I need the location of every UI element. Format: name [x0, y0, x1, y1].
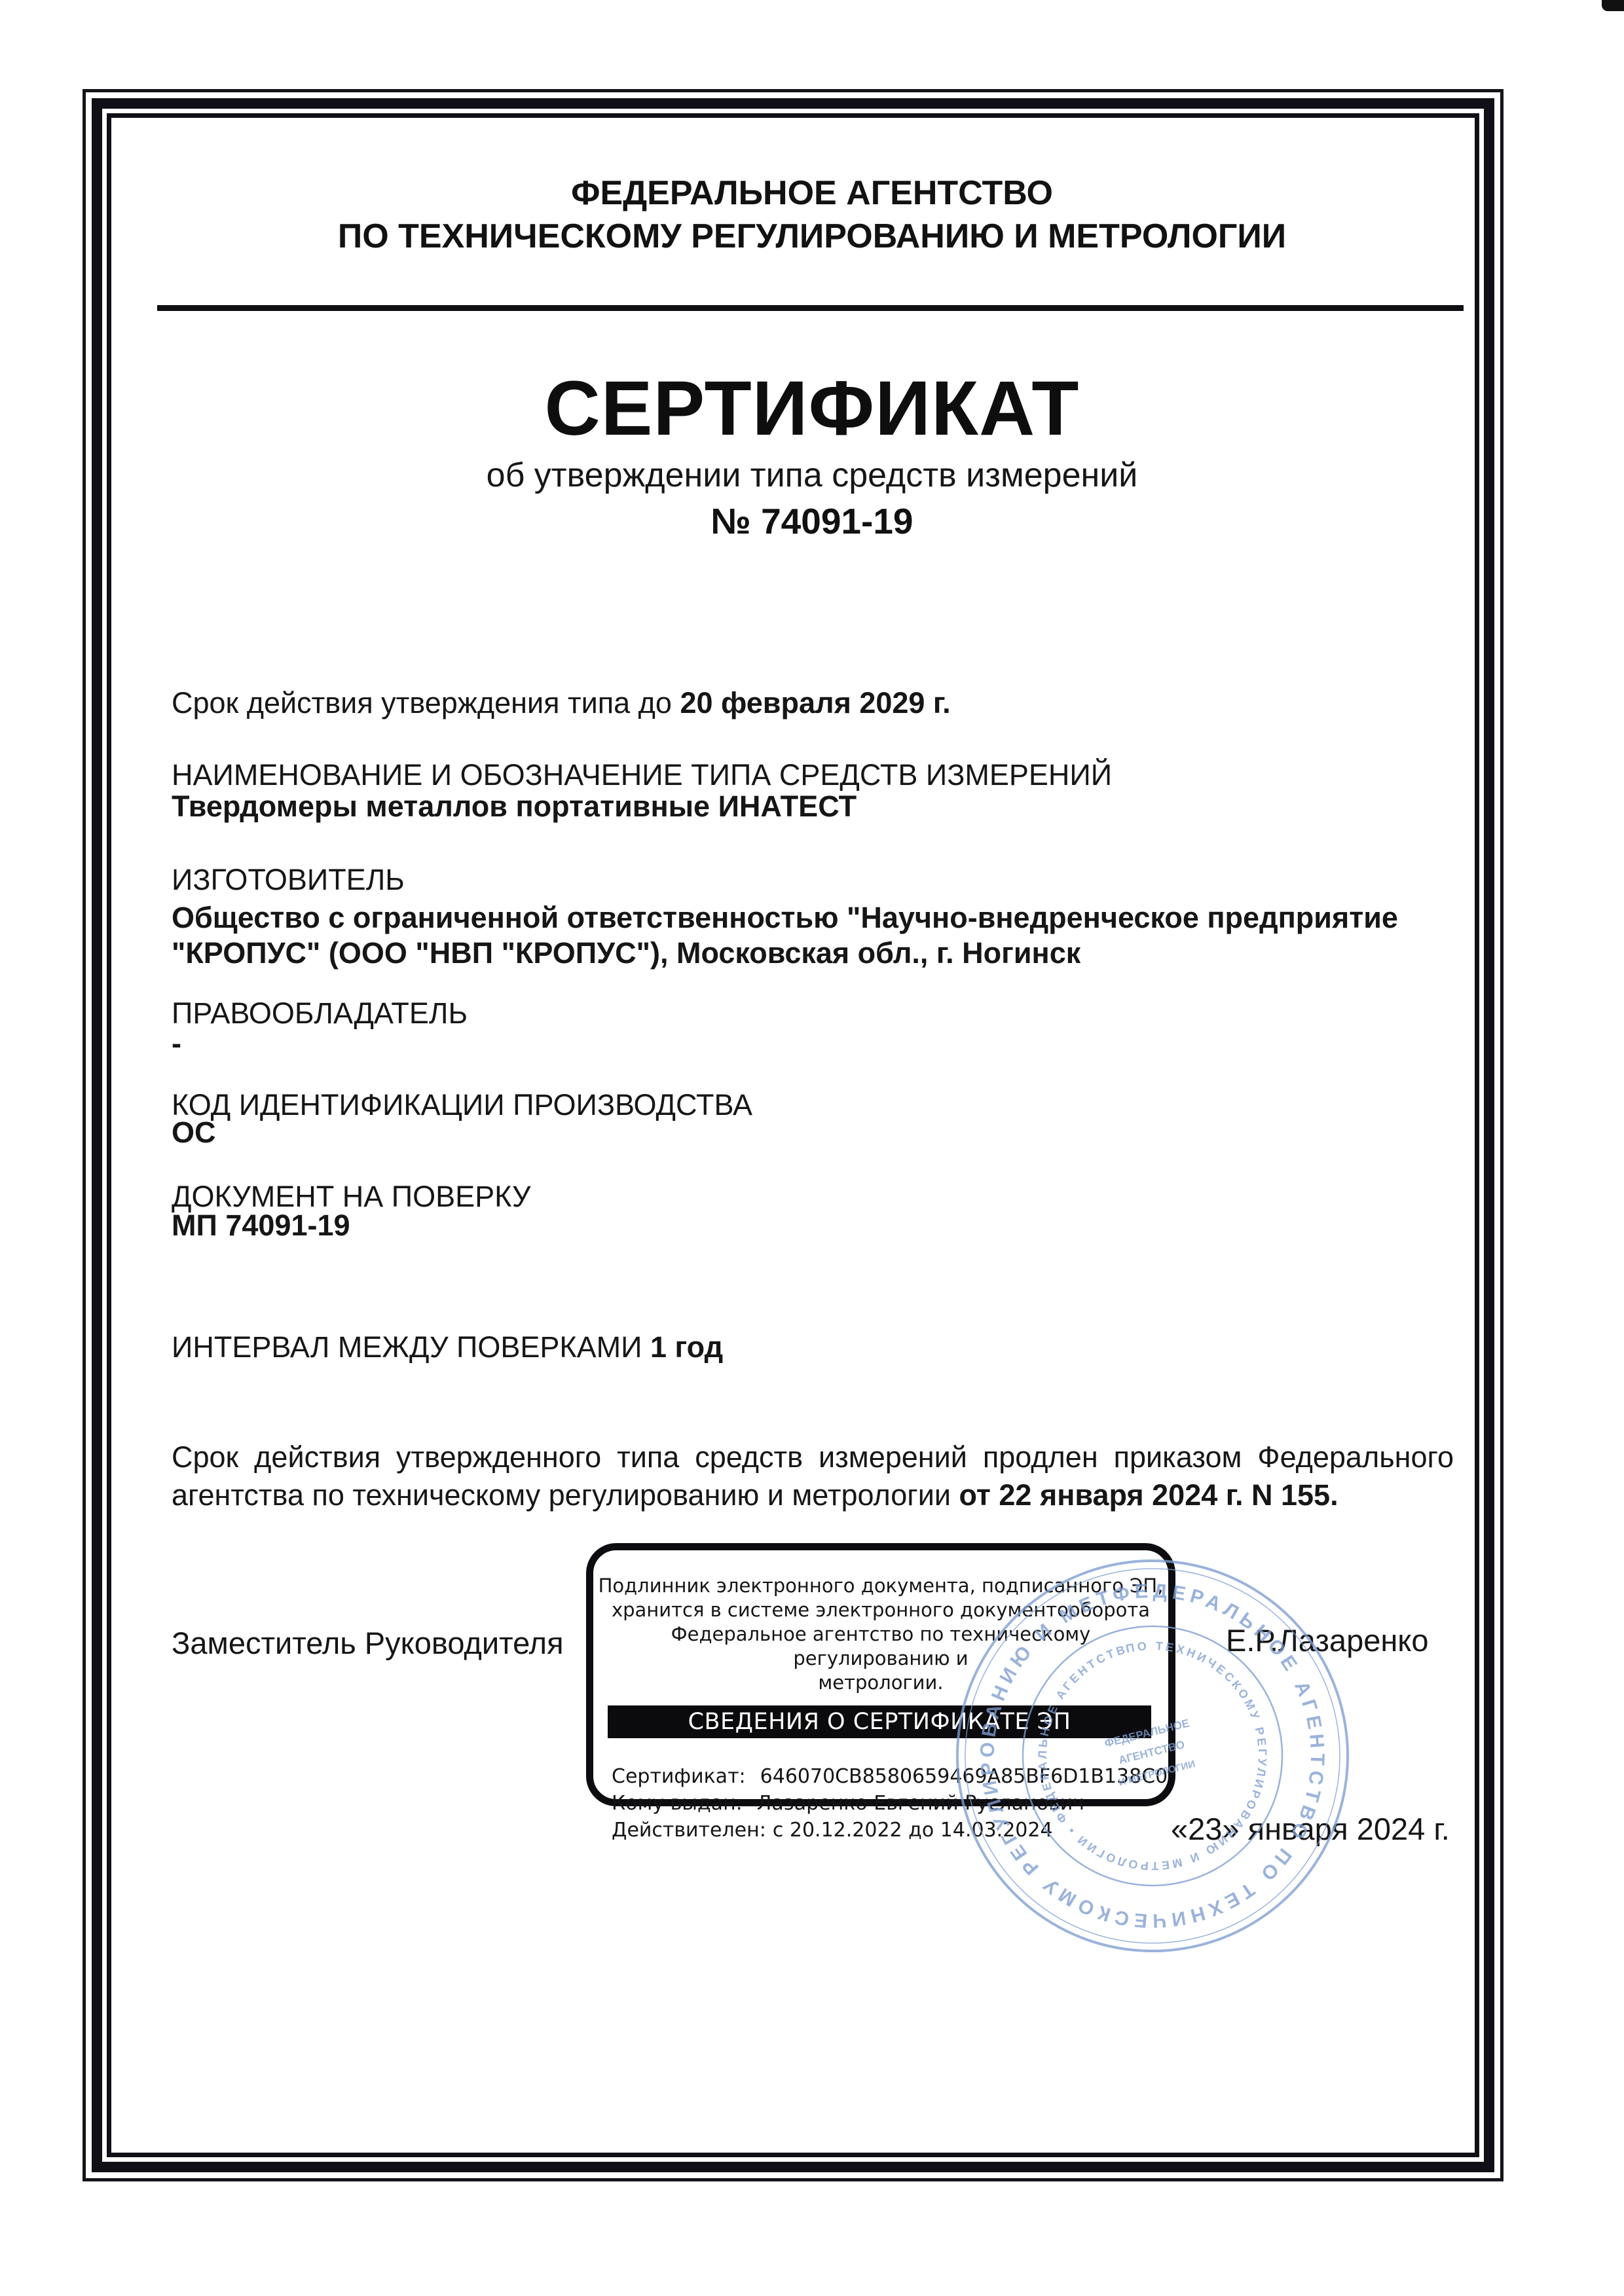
manufacturer-value-line2: "КРОПУС" (ООО "НВП "КРОПУС"), Московская…	[172, 935, 1454, 972]
stamp-valid-value: с 20.12.2022 до 14.03.2024	[773, 1819, 1053, 1842]
prolongation-line2: агентства по техническому регулированию …	[172, 1477, 1454, 1514]
interval-line: ИНТЕРВАЛ МЕЖДУ ПОВЕРКАМИ 1 год	[172, 1329, 1454, 1366]
stamp-intro-line4: метрологии.	[593, 1671, 1168, 1695]
certificate-number: № 74091-19	[0, 500, 1624, 542]
stamp-intro-line1: Подлинник электронного документа, подпис…	[593, 1574, 1168, 1598]
header-divider	[157, 305, 1464, 311]
stamp-issued-row: Кому выдан:Лазаренко Евгений Русланович	[612, 1790, 1168, 1817]
manufacturer-caption: ИЗГОТОВИТЕЛЬ	[172, 862, 1454, 898]
stamp-cert-label: Сертификат:	[612, 1765, 746, 1788]
stamp-valid-label: Действителен:	[612, 1819, 766, 1842]
stamp-intro-line3: Федеральное агентство по техническому ре…	[593, 1622, 1168, 1671]
stamp-bar-title: СВЕДЕНИЯ О СЕРТИФИКАТЕ ЭП	[608, 1705, 1151, 1738]
interval-prefix: ИНТЕРВАЛ МЕЖДУ ПОВЕРКАМИ	[172, 1330, 650, 1364]
signature-date: «23» января 2024 г.	[1171, 1811, 1450, 1847]
holder-value: -	[172, 1025, 1454, 1062]
stamp-certificate-info: Сертификат:646070CB8580659469A85BF6D1B13…	[593, 1763, 1168, 1844]
certificate-page: ФЕДЕРАЛЬНОЕ АГЕНТСТВО ПО ТЕХНИЧЕСКОМУ РЕ…	[0, 0, 1624, 2296]
prolongation-line1: Срок действия утвержденного типа средств…	[172, 1439, 1454, 1476]
validity-date: 20 февраля 2029 г.	[680, 686, 950, 720]
agency-name: ФЕДЕРАЛЬНОЕ АГЕНТСТВО ПО ТЕХНИЧЕСКОМУ РЕ…	[0, 172, 1624, 258]
stamp-valid-row: Действителен:с 20.12.2022 до 14.03.2024	[612, 1817, 1168, 1844]
certificate-subtitle: об утверждении типа средств измерений	[0, 456, 1624, 495]
stamp-issued-value: Лазаренко Евгений Русланович	[757, 1792, 1084, 1815]
verification-doc-value: МП 74091-19	[172, 1207, 1454, 1244]
validity-line: Срок действия утверждения типа до 20 фев…	[172, 685, 1454, 721]
stamp-cert-value: 646070CB8580659469A85BF6D1B138C0	[760, 1765, 1168, 1788]
agency-name-line2: ПО ТЕХНИЧЕСКОМУ РЕГУЛИРОВАНИЮ И МЕТРОЛОГ…	[0, 215, 1624, 258]
stamp-intro: Подлинник электронного документа, подпис…	[593, 1574, 1168, 1695]
certificate-title: СЕРТИФИКАТ	[0, 364, 1624, 453]
electronic-signature-stamp: Подлинник электронного документа, подпис…	[586, 1543, 1175, 1806]
prolongation-line2-prefix: агентства по техническому регулированию …	[172, 1478, 959, 1512]
scan-corner-artifact	[1602, 0, 1624, 11]
signature-name: Е.Р.Лазаренко	[1226, 1622, 1429, 1658]
validity-prefix: Срок действия утверждения типа до	[172, 686, 680, 720]
name-value: Твердомеры металлов портативные ИНАТЕСТ	[172, 788, 1454, 825]
prolongation-order-ref: от 22 января 2024 г. N 155.	[959, 1478, 1338, 1512]
stamp-intro-line2: хранится в системе электронного документ…	[593, 1598, 1168, 1622]
production-code-value: ОС	[172, 1114, 1454, 1151]
stamp-cert-row: Сертификат:646070CB8580659469A85BF6D1B13…	[612, 1763, 1168, 1790]
manufacturer-value-line1: Общество с ограниченной ответственностью…	[172, 900, 1454, 936]
stamp-issued-label: Кому выдан:	[612, 1792, 743, 1815]
agency-name-line1: ФЕДЕРАЛЬНОЕ АГЕНТСТВО	[0, 172, 1624, 215]
interval-value: 1 год	[650, 1330, 723, 1364]
signature-position: Заместитель Руководителя	[172, 1625, 564, 1661]
